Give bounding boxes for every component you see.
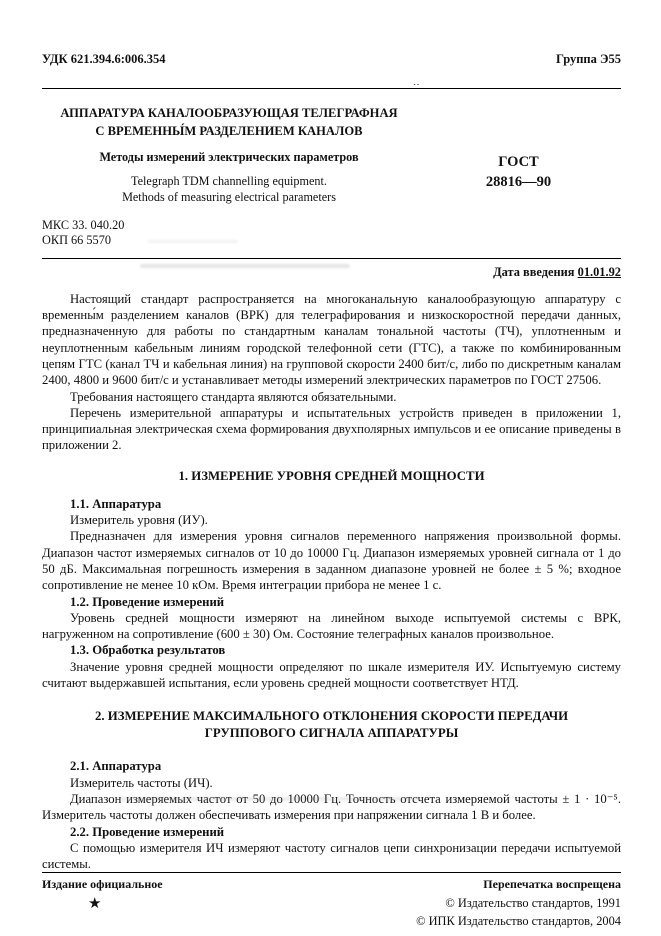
subsection-1-3-paragraph: Значение уровня средней мощности определ…: [42, 659, 621, 692]
section-2-heading-line-1: 2. ИЗМЕРЕНИЕ МАКСИМАЛЬНОГО ОТКЛОНЕНИЯ СК…: [42, 708, 621, 725]
udk-code: УДК 621.394.6:006.354: [42, 52, 166, 67]
subsection-1-2-paragraph: Уровень средней мощности измеряют на лин…: [42, 610, 621, 643]
mks-code: МКС 33. 040.20: [42, 218, 621, 234]
okp-code: ОКП 66 5570: [42, 233, 621, 249]
footer-notice-row: Издание официальное Перепечатка воспреще…: [42, 877, 621, 892]
copyright-line-2: © ИПК Издательство стандартов, 2004: [416, 912, 621, 930]
standard-designation: ГОСТ 28816—90: [416, 152, 621, 205]
subsection-2-1-heading: 2.1. Аппаратура: [42, 758, 621, 774]
codes-block: МКС 33. 040.20 ОКП 66 5570: [42, 218, 621, 249]
subsection-1-1-paragraph-1: Измеритель уровня (ИУ).: [42, 512, 621, 528]
effective-date-value: 01.01.92: [578, 265, 621, 279]
document-page: УДК 621.394.6:006.354 Группа Э55 МЕЖГОСУ…: [0, 0, 661, 936]
document-title-en: Telegraph TDM channelling equipment. Met…: [42, 173, 416, 205]
document-title-ru: АППАРАТУРА КАНАЛООБРАЗУЮЩАЯ ТЕЛЕГРАФНАЯ …: [42, 104, 416, 140]
subsection-2-2-paragraph: С помощью измерителя ИЧ измеряют частоту…: [42, 840, 621, 873]
copyright-block: © Издательство стандартов, 1991 © ИПК Из…: [416, 894, 621, 930]
star-icon: ★: [88, 894, 101, 930]
reprint-prohibited-label: Перепечатка воспрещена: [483, 877, 621, 892]
intro-paragraph-3: Перечень измерительной аппаратуры и испы…: [42, 405, 621, 454]
title-line-2: С ВРЕМЕННЫ́М РАЗДЕЛЕНИЕМ КАНАЛОВ: [42, 122, 416, 140]
document-subtitle: Методы измерений электрических параметро…: [42, 150, 416, 165]
section-2-heading-line-2: ГРУППОВОГО СИГНАЛА АППАРАТУРЫ: [42, 725, 621, 742]
subsection-2-1-paragraph-2: Диапазон измеряемых частот от 50 до 1000…: [42, 791, 621, 824]
standard-type-heading: МЕЖГОСУДАРСТВЕННЫЙ СТАНДАРТ: [42, 84, 621, 85]
subsection-2-2-heading: 2.2. Проведение измерений: [42, 824, 621, 840]
title-area: АППАРАТУРА КАНАЛООБРАЗУЮЩАЯ ТЕЛЕГРАФНАЯ …: [42, 104, 621, 205]
title-column: АППАРАТУРА КАНАЛООБРАЗУЮЩАЯ ТЕЛЕГРАФНАЯ …: [42, 104, 416, 205]
section-2-heading: 2. ИЗМЕРЕНИЕ МАКСИМАЛЬНОГО ОТКЛОНЕНИЯ СК…: [42, 708, 621, 742]
intro-paragraph-1: Настоящий стандарт распространяется на м…: [42, 291, 621, 389]
title-en-line-1: Telegraph TDM channelling equipment.: [42, 173, 416, 189]
subsection-2-1-paragraph-1: Измеритель частоты (ИЧ).: [42, 775, 621, 791]
designation-gost: ГОСТ: [416, 152, 621, 172]
effective-date-label: Дата введения: [493, 265, 574, 279]
subsection-1-3-heading: 1.3. Обработка результатов: [42, 642, 621, 658]
footer-bottom-row: ★ © Издательство стандартов, 1991 © ИПК …: [42, 894, 621, 930]
title-line-1: АППАРАТУРА КАНАЛООБРАЗУЮЩАЯ ТЕЛЕГРАФНАЯ: [42, 104, 416, 122]
subsection-1-1-heading: 1.1. Аппаратура: [42, 496, 621, 512]
subsection-1-1-paragraph-2: Предназначен для измерения уровня сигнал…: [42, 528, 621, 593]
effective-date: Дата введения 01.01.92: [42, 265, 621, 280]
group-code: Группа Э55: [556, 52, 621, 67]
designation-number: 28816—90: [416, 172, 621, 192]
title-en-line-2: Methods of measuring electrical paramete…: [42, 189, 416, 205]
classification-row: УДК 621.394.6:006.354 Группа Э55: [42, 52, 621, 67]
official-edition-label: Издание официальное: [42, 877, 163, 892]
copyright-line-1: © Издательство стандартов, 1991: [416, 894, 621, 912]
bottom-margin: [42, 930, 621, 936]
subsection-1-2-heading: 1.2. Проведение измерений: [42, 594, 621, 610]
section-1-heading: 1. ИЗМЕРЕНИЕ УРОВНЯ СРЕДНЕЙ МОЩНОСТИ: [42, 468, 621, 485]
intro-paragraph-2: Требования настоящего стандарта являются…: [42, 389, 621, 405]
